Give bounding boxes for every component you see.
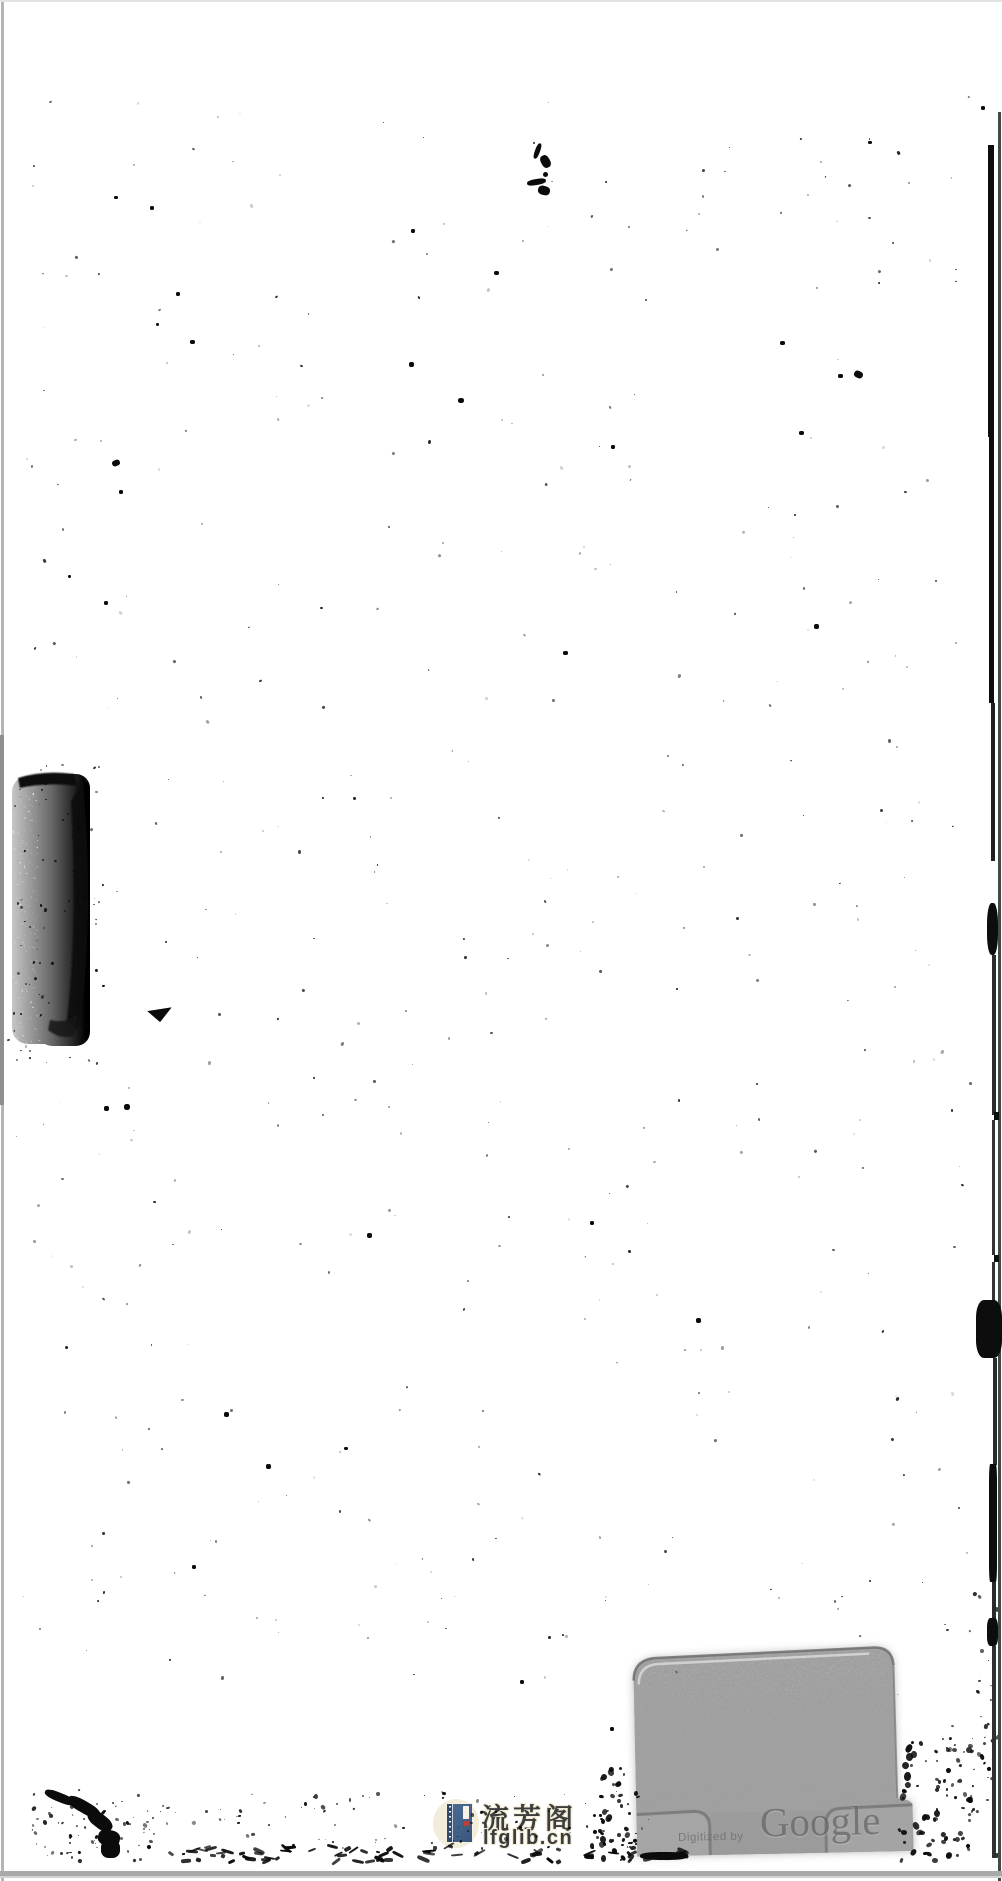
noise-speck bbox=[386, 903, 388, 905]
noise-speck bbox=[546, 1856, 554, 1863]
noise-speck bbox=[825, 176, 827, 178]
noise-speck bbox=[564, 1635, 568, 1639]
noise-speck bbox=[454, 1596, 456, 1598]
noise-speck bbox=[139, 1858, 142, 1861]
noise-speck bbox=[869, 138, 870, 140]
noise-speck bbox=[301, 1806, 303, 1808]
noise-speck bbox=[778, 1597, 780, 1599]
edge-line bbox=[991, 703, 995, 861]
noise-speck bbox=[727, 1391, 730, 1394]
noise-speck bbox=[218, 1818, 222, 1822]
noise-speck bbox=[940, 1050, 944, 1054]
noise-speck bbox=[927, 963, 930, 966]
noise-speck bbox=[428, 669, 430, 671]
noise-speck bbox=[648, 1583, 650, 1584]
noise-speck bbox=[78, 1834, 80, 1836]
noise-speck bbox=[498, 816, 501, 819]
noise-speck bbox=[238, 1814, 241, 1816]
noise-speck bbox=[258, 345, 260, 347]
noise-speck bbox=[45, 798, 47, 799]
edge-line bbox=[992, 955, 996, 1115]
noise-speck bbox=[569, 1832, 571, 1834]
noise-speck bbox=[42, 1123, 44, 1125]
noise-speck bbox=[230, 1409, 233, 1412]
noise-speck bbox=[117, 698, 118, 699]
noise-speck bbox=[221, 1229, 222, 1230]
noise-speck bbox=[373, 1584, 377, 1588]
noise-speck bbox=[931, 1838, 936, 1843]
noise-speck bbox=[115, 1806, 117, 1808]
noise-speck bbox=[556, 1848, 561, 1852]
noise-speck bbox=[396, 1563, 398, 1565]
ink-mark bbox=[868, 141, 872, 144]
noise-speck bbox=[608, 406, 611, 409]
noise-speck bbox=[361, 1795, 363, 1797]
edge-line bbox=[994, 1112, 999, 1120]
noise-speck bbox=[64, 1345, 68, 1349]
noise-speck bbox=[25, 983, 27, 985]
noise-speck bbox=[62, 528, 65, 531]
noise-speck bbox=[268, 1824, 270, 1826]
noise-speck bbox=[115, 1416, 119, 1420]
noise-speck bbox=[102, 1532, 106, 1536]
ink-mark bbox=[814, 624, 819, 629]
noise-speck bbox=[64, 909, 66, 911]
noise-speck bbox=[108, 707, 110, 709]
noise-speck bbox=[682, 764, 684, 766]
noise-speck bbox=[702, 195, 705, 198]
noise-speck bbox=[277, 1124, 280, 1128]
noise-speck bbox=[221, 1676, 224, 1680]
noise-speck bbox=[550, 180, 552, 182]
noise-speck bbox=[102, 1297, 106, 1300]
noise-speck bbox=[19, 899, 22, 902]
noise-speck bbox=[277, 825, 279, 827]
noise-speck bbox=[199, 696, 202, 699]
noise-speck bbox=[218, 1012, 221, 1015]
noise-speck bbox=[96, 1803, 98, 1806]
noise-speck bbox=[530, 1842, 532, 1844]
noise-speck bbox=[550, 877, 552, 878]
noise-speck bbox=[169, 1659, 171, 1661]
noise-speck bbox=[393, 1823, 398, 1828]
noise-speck bbox=[596, 1836, 599, 1839]
noise-speck bbox=[376, 1792, 380, 1796]
edge-line bbox=[987, 1618, 998, 1646]
noise-speck bbox=[103, 1591, 106, 1594]
noise-speck bbox=[676, 591, 678, 593]
noise-speck bbox=[77, 910, 80, 913]
noise-speck bbox=[278, 583, 280, 585]
noise-speck bbox=[523, 633, 526, 636]
noise-speck bbox=[404, 1010, 406, 1013]
noise-speck bbox=[807, 194, 809, 196]
noise-speck bbox=[932, 1857, 938, 1862]
noise-speck bbox=[172, 1244, 174, 1245]
noise-speck bbox=[538, 1472, 541, 1475]
noise-speck bbox=[903, 1781, 911, 1789]
noise-speck bbox=[210, 1540, 212, 1542]
noise-speck bbox=[527, 859, 530, 862]
noise-speck bbox=[299, 1242, 303, 1245]
noise-speck bbox=[48, 1002, 51, 1005]
noise-speck bbox=[968, 1082, 972, 1086]
noise-speck bbox=[205, 908, 207, 909]
noise-speck bbox=[462, 1308, 465, 1311]
noise-speck bbox=[702, 169, 705, 172]
noise-speck bbox=[64, 965, 65, 966]
ink-mark bbox=[119, 490, 123, 494]
noise-speck bbox=[556, 1859, 562, 1865]
noise-speck bbox=[503, 1836, 508, 1841]
noise-speck bbox=[946, 1768, 951, 1773]
noise-speck bbox=[46, 765, 48, 767]
noise-speck bbox=[476, 1798, 480, 1803]
noise-speck bbox=[52, 1018, 54, 1020]
noise-speck bbox=[388, 526, 390, 528]
noise-speck bbox=[819, 1291, 821, 1293]
noise-speck bbox=[820, 161, 822, 163]
noise-speck bbox=[618, 1793, 623, 1797]
noise-speck bbox=[853, 1133, 855, 1135]
noise-speck bbox=[724, 171, 726, 173]
noise-speck bbox=[612, 1263, 614, 1265]
noise-speck bbox=[808, 1326, 810, 1329]
noise-speck bbox=[72, 1814, 74, 1816]
noise-speck bbox=[94, 898, 95, 899]
noise-speck bbox=[239, 112, 242, 114]
noise-speck bbox=[729, 147, 730, 148]
noise-speck bbox=[916, 1785, 919, 1787]
noise-speck bbox=[847, 1000, 849, 1002]
noise-speck bbox=[149, 1829, 151, 1831]
noise-speck bbox=[926, 1851, 933, 1857]
noise-speck bbox=[953, 1246, 956, 1248]
noise-speck bbox=[440, 1598, 442, 1600]
noise-speck bbox=[609, 1793, 615, 1799]
noise-speck bbox=[835, 505, 839, 509]
noise-speck bbox=[78, 1789, 81, 1791]
noise-speck bbox=[500, 1101, 502, 1103]
noise-speck bbox=[970, 1794, 973, 1797]
noise-speck bbox=[391, 240, 395, 244]
noise-speck bbox=[245, 1833, 250, 1838]
noise-speck bbox=[48, 1814, 53, 1819]
noise-speck bbox=[59, 1852, 63, 1856]
noise-speck bbox=[161, 1448, 164, 1451]
noise-speck bbox=[33, 1830, 38, 1835]
edge-line bbox=[988, 145, 994, 437]
noise-speck bbox=[672, 1536, 674, 1538]
noise-speck bbox=[879, 808, 882, 811]
noise-speck bbox=[768, 704, 771, 708]
noise-speck bbox=[494, 1811, 496, 1813]
noise-speck bbox=[877, 269, 881, 273]
noise-speck bbox=[138, 1844, 140, 1846]
noise-speck bbox=[43, 926, 45, 928]
noise-speck bbox=[217, 116, 219, 118]
edge-line bbox=[992, 1120, 995, 1255]
ink-mark bbox=[101, 1840, 120, 1858]
noise-speck bbox=[25, 457, 28, 460]
noise-speck bbox=[159, 1810, 161, 1812]
noise-speck bbox=[78, 807, 81, 810]
noise-speck bbox=[882, 1329, 885, 1332]
noise-speck bbox=[335, 1803, 337, 1805]
noise-speck bbox=[320, 607, 323, 609]
noise-speck bbox=[39, 1627, 41, 1629]
noise-speck bbox=[20, 1050, 22, 1052]
noise-speck bbox=[19, 789, 21, 791]
ink-mark bbox=[494, 271, 499, 275]
noise-speck bbox=[17, 902, 19, 905]
noise-speck bbox=[258, 679, 261, 682]
noise-speck bbox=[49, 101, 52, 104]
noise-speck bbox=[215, 1540, 217, 1543]
noise-speck bbox=[147, 1810, 149, 1812]
noise-speck bbox=[368, 1518, 371, 1521]
noise-speck bbox=[591, 215, 594, 218]
noise-speck bbox=[321, 397, 323, 399]
noise-speck bbox=[181, 1859, 191, 1864]
noise-speck bbox=[426, 1621, 428, 1623]
noise-speck bbox=[897, 1693, 899, 1695]
noise-speck bbox=[488, 1805, 490, 1807]
noise-speck bbox=[840, 1595, 842, 1597]
noise-speck bbox=[890, 1437, 894, 1441]
noise-speck bbox=[501, 551, 503, 553]
noise-speck bbox=[955, 641, 957, 643]
noise-speck bbox=[349, 1798, 352, 1802]
noise-speck bbox=[793, 537, 795, 539]
ink-mark bbox=[146, 1005, 172, 1023]
noise-speck bbox=[182, 1852, 185, 1854]
noise-speck bbox=[585, 1803, 586, 1804]
noise-speck bbox=[546, 943, 549, 946]
noise-speck bbox=[628, 1811, 632, 1815]
noise-speck bbox=[741, 531, 745, 535]
noise-speck bbox=[928, 259, 931, 262]
noise-speck bbox=[971, 1807, 974, 1811]
noise-speck bbox=[678, 1099, 681, 1103]
scanned-page: Digitized by Google 流芳阁 lfglib.cn bbox=[0, 0, 1002, 1881]
noise-speck bbox=[142, 1831, 144, 1833]
noise-speck bbox=[86, 866, 88, 869]
noise-speck bbox=[93, 767, 96, 770]
noise-speck bbox=[904, 490, 907, 492]
noise-speck bbox=[153, 1832, 155, 1835]
noise-speck bbox=[758, 1118, 761, 1121]
edge-line bbox=[998, 112, 1001, 1881]
noise-speck bbox=[233, 354, 235, 356]
noise-speck bbox=[221, 1854, 226, 1859]
noise-speck bbox=[304, 1801, 307, 1805]
noise-speck bbox=[810, 437, 812, 439]
noise-speck bbox=[32, 961, 35, 964]
noise-speck bbox=[199, 222, 201, 224]
noise-speck bbox=[91, 1544, 94, 1547]
noise-speck bbox=[14, 805, 16, 807]
noise-speck bbox=[384, 1838, 386, 1840]
noise-speck bbox=[42, 558, 46, 562]
noise-speck bbox=[75, 883, 77, 885]
ink-mark bbox=[611, 445, 615, 449]
noise-speck bbox=[91, 1578, 94, 1581]
noise-speck bbox=[51, 1254, 53, 1256]
noise-speck bbox=[196, 1857, 202, 1862]
noise-speck bbox=[961, 1806, 965, 1809]
noise-speck bbox=[405, 1385, 408, 1388]
noise-speck bbox=[69, 1842, 72, 1844]
noise-speck bbox=[339, 1450, 342, 1452]
noise-speck bbox=[276, 418, 280, 422]
noise-speck bbox=[447, 1844, 453, 1848]
noise-speck bbox=[868, 1579, 870, 1581]
noise-speck bbox=[856, 918, 859, 922]
noise-speck bbox=[477, 1502, 480, 1505]
noise-speck bbox=[486, 288, 490, 292]
noise-speck bbox=[375, 1842, 376, 1843]
noise-speck bbox=[609, 1193, 611, 1194]
noise-speck bbox=[950, 1725, 953, 1728]
noise-speck bbox=[594, 568, 597, 570]
noise-speck bbox=[807, 629, 810, 632]
noise-speck bbox=[519, 1826, 523, 1831]
edge-line bbox=[989, 437, 994, 703]
noise-speck bbox=[58, 1822, 60, 1824]
ink-mark bbox=[156, 323, 159, 326]
noise-speck bbox=[451, 1854, 463, 1857]
noise-speck bbox=[16, 1136, 17, 1138]
noise-speck bbox=[864, 1049, 866, 1051]
noise-speck bbox=[332, 1841, 334, 1843]
noise-speck bbox=[37, 949, 38, 950]
noise-speck bbox=[470, 1822, 473, 1824]
noise-speck bbox=[892, 242, 894, 244]
noise-speck bbox=[20, 796, 22, 798]
noise-speck bbox=[82, 1286, 84, 1288]
noise-speck bbox=[739, 1150, 743, 1154]
edge-line bbox=[976, 1300, 1002, 1358]
noise-speck bbox=[36, 939, 39, 942]
noise-speck bbox=[801, 1562, 804, 1564]
noise-speck bbox=[568, 1218, 571, 1221]
edge-line bbox=[993, 1358, 997, 1465]
ink-mark bbox=[537, 185, 551, 197]
noise-speck bbox=[42, 1820, 47, 1826]
noise-speck bbox=[442, 1792, 446, 1795]
noise-speck bbox=[126, 1850, 128, 1853]
noise-speck bbox=[99, 1153, 101, 1155]
noise-speck bbox=[232, 161, 234, 163]
noise-speck bbox=[23, 849, 25, 851]
noise-speck bbox=[81, 784, 84, 787]
noise-speck bbox=[128, 1087, 130, 1089]
noise-speck bbox=[97, 1599, 100, 1601]
noise-speck bbox=[982, 1741, 986, 1745]
noise-speck bbox=[580, 951, 581, 952]
noise-speck bbox=[445, 1628, 447, 1630]
noise-speck bbox=[334, 1824, 336, 1826]
noise-speck bbox=[623, 1825, 629, 1831]
ink-mark bbox=[853, 369, 864, 379]
noise-speck bbox=[617, 1798, 621, 1803]
noise-speck bbox=[376, 1850, 380, 1853]
noise-speck bbox=[532, 933, 534, 935]
noise-speck bbox=[38, 994, 40, 996]
ink-mark bbox=[838, 374, 843, 378]
noise-speck bbox=[798, 1175, 800, 1178]
noise-speck bbox=[75, 256, 79, 260]
noise-speck bbox=[256, 1616, 259, 1619]
noise-speck bbox=[895, 1396, 899, 1401]
noise-speck bbox=[968, 1818, 972, 1821]
noise-speck bbox=[734, 613, 736, 615]
noise-speck bbox=[485, 697, 488, 701]
noise-speck bbox=[68, 1056, 70, 1058]
noise-speck bbox=[394, 1215, 396, 1216]
ink-mark bbox=[610, 1727, 614, 1731]
noise-speck bbox=[903, 1474, 906, 1477]
noise-speck bbox=[139, 1263, 143, 1267]
noise-speck bbox=[237, 1822, 240, 1824]
noise-speck bbox=[84, 983, 87, 986]
ink-mark bbox=[104, 1106, 109, 1111]
noise-speck bbox=[285, 1495, 286, 1496]
noise-speck bbox=[899, 1858, 904, 1864]
noise-speck bbox=[664, 1550, 667, 1553]
noise-speck bbox=[133, 1817, 134, 1818]
noise-speck bbox=[46, 1061, 47, 1062]
noise-speck bbox=[20, 1013, 22, 1015]
noise-speck bbox=[946, 1629, 949, 1631]
noise-speck bbox=[813, 1479, 815, 1481]
noise-speck bbox=[71, 833, 74, 836]
noise-speck bbox=[276, 396, 277, 397]
noise-speck bbox=[373, 1080, 376, 1084]
noise-speck bbox=[175, 1812, 176, 1813]
noise-speck bbox=[616, 1791, 617, 1792]
noise-speck bbox=[458, 1827, 460, 1829]
noise-speck bbox=[411, 1064, 412, 1066]
noise-speck bbox=[578, 551, 581, 555]
noise-speck bbox=[755, 979, 759, 983]
noise-speck bbox=[955, 1757, 961, 1763]
noise-speck bbox=[868, 1273, 869, 1275]
noise-speck bbox=[451, 750, 453, 752]
noise-speck bbox=[168, 779, 169, 780]
ink-mark bbox=[411, 229, 415, 233]
noise-speck bbox=[980, 1716, 982, 1718]
noise-speck bbox=[521, 1857, 532, 1865]
noise-speck bbox=[813, 1149, 817, 1153]
noise-speck bbox=[967, 1847, 971, 1852]
noise-speck bbox=[963, 1792, 968, 1798]
noise-speck bbox=[350, 775, 352, 776]
noise-speck bbox=[468, 761, 470, 763]
noise-speck bbox=[19, 906, 23, 909]
noise-speck bbox=[360, 1849, 369, 1855]
noise-speck bbox=[313, 1476, 316, 1479]
ink-mark bbox=[981, 106, 985, 110]
noise-speck bbox=[961, 1184, 964, 1187]
noise-speck bbox=[686, 230, 688, 232]
noise-speck bbox=[116, 890, 118, 891]
noise-speck bbox=[968, 96, 970, 98]
noise-speck bbox=[400, 1132, 403, 1135]
noise-speck bbox=[900, 1761, 910, 1771]
noise-speck bbox=[43, 781, 46, 785]
